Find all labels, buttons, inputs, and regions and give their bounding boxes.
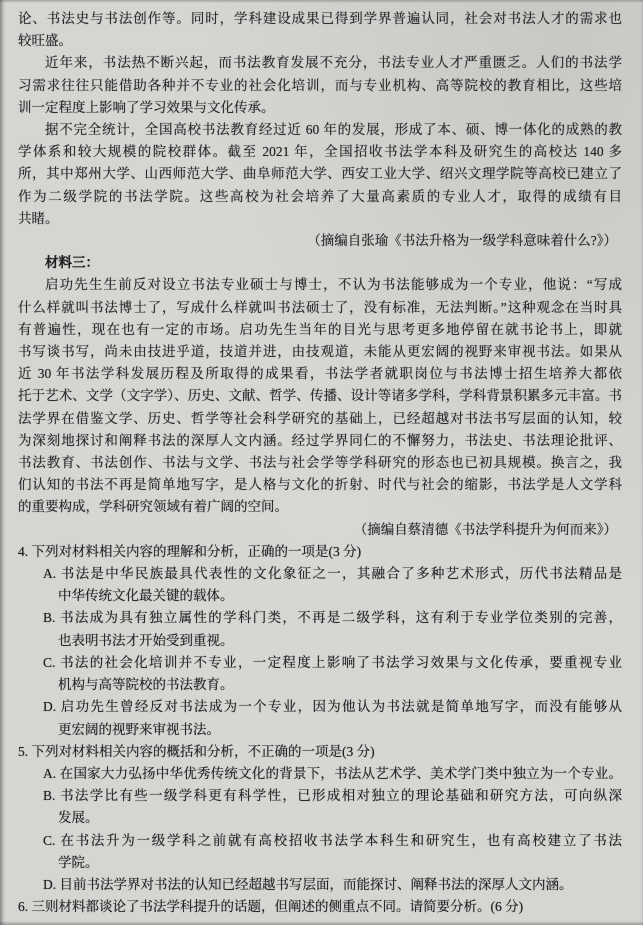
- option-line: A. 在国家大力弘扬中华优秀传统文化的背景下，书法从艺术学、美术学门类中独立为一…: [43, 763, 622, 785]
- material-text-line: 较旺盛。: [18, 30, 622, 52]
- option-line-continued: 发展。: [58, 807, 622, 829]
- option-line: B. 书法学比有些一级学科更有科学性，已形成相对独立的理论基础和研究方法，可向纵…: [43, 785, 622, 807]
- question-line: 5. 下列对材料相关内容的概括和分析，不正确的一项是(3 分): [18, 741, 622, 763]
- option-line: C. 在书法升为一级学科之前就有高校招收书法学本科生和研究生，也有高校建立了书法: [43, 830, 622, 852]
- option-line-continued: 机构与高等院校的书法教育。: [58, 674, 622, 696]
- material-text-line: 们认知的书法不再是简单地写字，是人格与文化的折射、时代与社会的缩影，书法学是人文…: [18, 474, 622, 496]
- option-line-continued: 中华传统文化最关键的载体。: [58, 585, 622, 607]
- material-text-line: 训一定程度上影响了学习效果与文化传承。: [18, 97, 622, 119]
- material-text-line: 论、书法史与书法创作等。同时，学科建设成果已得到学界普遍认同，社会对书法人才的需…: [18, 8, 622, 30]
- material-text-line: 启功先生生前反对设立书法专业硕士与博士，不认为书法能够成为一个专业，他说：“写成: [18, 274, 622, 296]
- option-line: B. 书法成为具有独立属性的学科门类，不再是二级学科，这有利于专业学位类别的完善…: [43, 607, 622, 629]
- option-line: D. 目前书法学界对书法的认知已经超越书写层面，而能探讨、阐释书法的深厚人文内涵…: [43, 874, 622, 896]
- material-text-line: 据不完全统计，全国高校书法教育经过近 60 年的发展，形成了本、硕、博一体化的成…: [18, 119, 622, 141]
- material-text-line: 托于艺术、文学（文字学）、历史、文献、哲学、传播、设计等诸多学科，学科背景积累多…: [18, 385, 622, 407]
- material-text-line: 什么样就叫书法博士了，写成什么样就叫书法硕士了，没有标准，无法判断。”这种观念在…: [18, 297, 622, 319]
- material-text-line: 作为二级学院的书法学院。这些高校为社会培养了大量高素质的专业人才，取得的成绩有目: [18, 186, 622, 208]
- material-text-line: 有普遍性，现在也有一定的市场。启功先生当年的目光与思考更多地停留在就书论书上，即…: [18, 319, 622, 341]
- document-lines: 论、书法史与书法创作等。同时，学科建设成果已得到学界普遍认同，社会对书法人才的需…: [0, 0, 643, 918]
- material-text-line: 所，其中郑州大学、山西师范大学、曲阜师范大学、西安工业大学、绍兴文理学院等高校已…: [18, 163, 622, 185]
- material-text-line: 近 30 年书法学科发展历程及所取得的成果看，书法学者就职岗位与书法博士招生培养…: [18, 363, 622, 385]
- option-line: A. 书法是中华民族最具代表性的文化象征之一，其融合了多种艺术形式，历代书法精品…: [43, 563, 622, 585]
- option-line-continued: 也表明书法才开始受到重视。: [58, 630, 622, 652]
- exam-page-scan: 论、书法史与书法创作等。同时，学科建设成果已得到学界普遍认同，社会对书法人才的需…: [0, 0, 643, 925]
- material-text-line: 近年来，书法热不断兴起，而书法教育发展不充分，书法专业人才严重匮乏。人们的书法学: [18, 52, 622, 74]
- option-line-continued: 学院。: [58, 852, 622, 874]
- option-line: D. 启功先生曾经反对书法成为一个专业，因为他认为书法就是简单地写字，而没有能够…: [43, 696, 622, 718]
- material-text-line: 书写谈书写，尚未由技进乎道，技道并进，由技观道，未能从更宏阔的视野来审视书法。如…: [18, 341, 622, 363]
- material-text-line: 法学界在借鉴文学、历史、哲学等社会科学研究的基础上，已经超越对书法书写层面的认知…: [18, 408, 622, 430]
- question-line: 4. 下列对材料相关内容的理解和分析，正确的一项是(3 分): [18, 541, 622, 563]
- material-text-line: 为深刻地探讨和阐释书法的深厚人文内涵。经过学界同仁的不懈努力，书法史、书法理论批…: [18, 430, 622, 452]
- citation-line: （摘编自蔡清德《书法学科提升为何而来》）: [18, 519, 622, 541]
- citation-line: （摘编自张瑜《书法升格为一级学科意味着什么?》）: [18, 230, 622, 252]
- option-line: C. 书法的社会化培训并不专业，一定程度上影响了书法学习效果与文化传承，要重视专…: [43, 652, 622, 674]
- option-line-continued: 更宏阔的视野来审视书法。: [58, 719, 622, 741]
- question-line: 6. 三则材料都谈论了书法学科提升的话题，但阐述的侧重点不同。请简要分析。(6 …: [18, 896, 622, 918]
- material-text-line: 的重要构成，学科研究领域有着广阔的空间。: [18, 496, 622, 518]
- material-text-line: 共睹。: [18, 208, 622, 230]
- material-heading: 材料三：: [18, 252, 622, 274]
- material-text-line: 习需求往往只能借助各种并不专业的社会化培训，而与专业机构、高等院校的教育相比，这…: [18, 75, 622, 97]
- material-text-line: 学体系和较大规模的院校群体。截至 2021 年，全国招收书法学本科及研究生的高校…: [18, 141, 622, 163]
- material-text-line: 书法教育、书法创作、书法与文学、书法与社会学等学科研究的形态也已初具规模。换言之…: [18, 452, 622, 474]
